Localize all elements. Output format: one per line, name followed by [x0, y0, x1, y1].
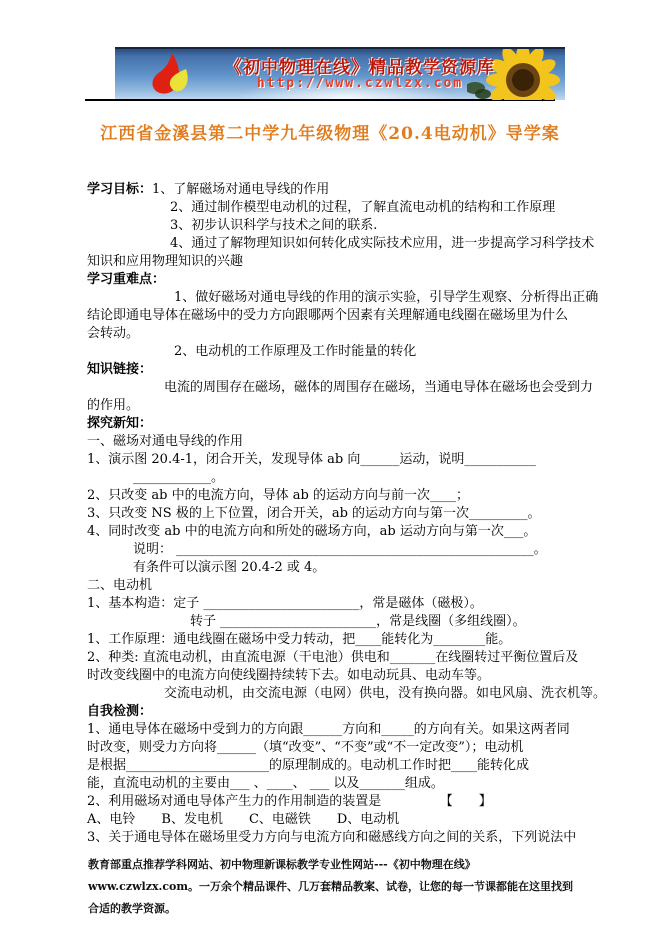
doc-line: 1、工作原理：通电线圈在磁场中受力转动，把____能转化为________能。: [87, 631, 607, 649]
header-banner: 《初中物理在线》精品教学资源库 http://www.czwlzx.com: [115, 47, 565, 100]
doc-line: 1、做好磁场对通电导线的作用的演示实验，引导学生观察、分析得出正确: [87, 289, 607, 307]
doc-line: 是根据______________________的原理制成的。电动机工作时把_…: [87, 757, 607, 775]
doc-line: 4、通过了解物理知识如何转化成实际技术应用，进一步提高学习科学技术: [87, 235, 607, 253]
doc-line: A、电铃 B、发电机 C、电磁铁 D、电动机: [87, 811, 607, 829]
doc-line: 2、种类: 直流电动机，由直流电源（干电池）供电和_______在线圈转过平衡位…: [87, 649, 607, 667]
site-logo-icon: [139, 52, 201, 100]
doc-line: 1、基本构造：定子 ________________________，常是磁体（…: [87, 595, 607, 613]
doc-line: 会转动。: [87, 325, 607, 343]
banner-site-title: 《初中物理在线》精品教学资源库: [210, 53, 510, 78]
doc-line: 1、演示图 20.4-1，闭合开关，发现导体 ab 向______运动，说明__…: [87, 451, 607, 469]
doc-line: 的作用。: [87, 397, 607, 415]
doc-line: 2、利用磁场对通电导体产生力的作用制造的装置是 【 】: [87, 793, 607, 811]
doc-line: 2、只改变 ab 中的电流方向，导体 ab 的运动方向与前一次____；: [87, 487, 607, 505]
doc-line: 知识链接：: [87, 361, 607, 379]
doc-line: ____________。: [87, 469, 607, 487]
doc-line: 3、只改变 NS 极的上下位置，闭合开关，ab 的运动方向与第一次_______…: [87, 505, 607, 523]
doc-line: 转子 ________________________，常是线圈（多组线圈）。: [87, 613, 607, 631]
doc-line: 时改变线圈中的电流方向使线圈持续转下去。如电动玩具、电动车等。: [87, 667, 607, 685]
doc-line: 二、电动机: [87, 577, 607, 595]
doc-line: 2、通过制作模型电动机的过程，了解直流电动机的结构和工作原理: [87, 199, 607, 217]
document-page: 《初中物理在线》精品教学资源库 http://www.czwlzx.com: [0, 0, 661, 936]
doc-line: 能，直流电动机的主要由___ 、____、 ___ 以及_______组成。: [87, 775, 607, 793]
doc-line: 2、电动机的工作原理及工作时能量的转化: [87, 343, 607, 361]
banner-site-url[interactable]: http://www.czwlzx.com: [210, 76, 510, 91]
doc-line: 一、磁场对通电导线的作用: [87, 433, 607, 451]
doc-line: 3、关于通电导体在磁场里受力方向与电流方向和磁感线方向之间的关系，下列说法中: [87, 829, 607, 847]
page-title: 江西省金溪县第二中学九年级物理《20.4电动机》导学案: [85, 119, 575, 144]
doc-line: 有条件可以演示图 20.4-2 或 4。: [87, 559, 607, 577]
doc-line: 时改变，则受力方向将______（填“改变”、“不变”或“不一定改变”）；电动机: [87, 739, 607, 757]
doc-line: 自我检测：: [87, 703, 607, 721]
doc-line: 知识和应用物理知识的兴趣: [87, 253, 607, 271]
doc-line: 学习目标：1、了解磁场对通电导线的作用: [87, 181, 607, 199]
doc-line: 探究新知：: [87, 415, 607, 433]
page-footer: 教育部重点推荐学科网站、初中物理新课标教学专业性网站---《初中物理在线》www…: [88, 854, 574, 920]
doc-line: 3、初步认识科学与技术之间的联系.: [87, 217, 607, 235]
doc-line: 交流电动机，由交流电源（电网）供电，没有换向器。如电风扇、洗衣机等。: [87, 685, 607, 703]
document-lines: 学习目标：1、了解磁场对通电导线的作用2、通过制作模型电动机的过程，了解直流电动…: [87, 181, 607, 847]
doc-line: 4、同时改变 ab 中的电流方向和所处的磁场方向，ab 运动方向与第一次___。: [87, 523, 607, 541]
doc-line: 学习重难点：: [87, 271, 607, 289]
doc-line: 说明： ____________________________________…: [87, 541, 607, 559]
doc-line: 1、通电导体在磁场中受到力的方向跟______方向和_____的方向有关。如果这…: [87, 721, 607, 739]
doc-line: 结论即通电导体在磁场中的受力方向跟哪两个因素有关理解通电线圈在磁场里为什么: [87, 307, 607, 325]
doc-line: 电流的周围存在磁场，磁体的周围存在磁场，当通电导体在磁场也会受到力: [87, 379, 607, 397]
